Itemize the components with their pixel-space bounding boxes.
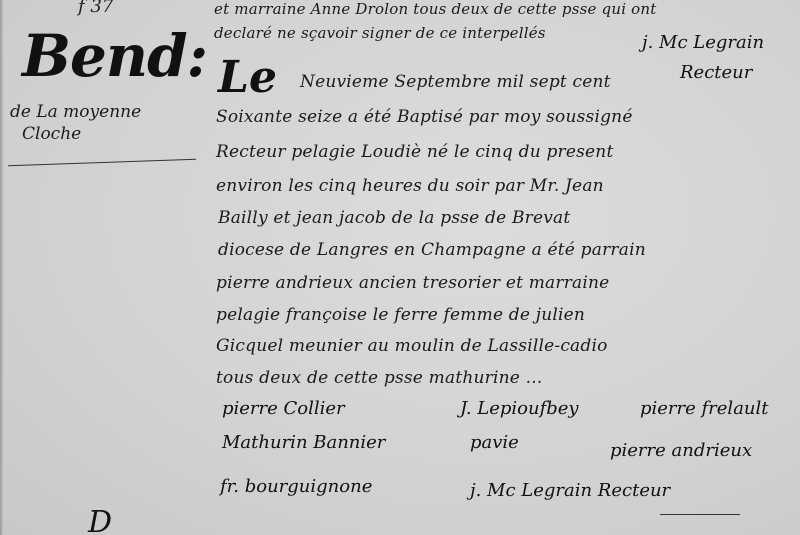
previous-entry-signature: j. Mc Legrain (642, 32, 764, 53)
previous-entry-line-1: et marraine Anne Drolon tous deux de cet… (214, 0, 656, 18)
rector-underline (660, 514, 740, 515)
signature-witness-7: fr. bourguignone (220, 476, 372, 497)
register-page: f 37 Bend: de La moyenne Cloche et marra… (0, 0, 800, 535)
entry-line-3: Recteur pelagie Loudiè né le cinq du pre… (216, 142, 613, 162)
margin-location-line2: Cloche (22, 124, 81, 144)
entry-line-4: environ les cinq heures du soir par Mr. … (216, 176, 604, 196)
next-entry-initial: D (88, 505, 112, 535)
signature-witness-2: J. Lepioufbey (460, 398, 579, 419)
margin-flourish (8, 159, 196, 167)
entry-line-2: Soixante seize a été Baptisé par moy sou… (216, 107, 633, 127)
entry-line-8: pelagie françoise le ferre femme de juli… (216, 305, 585, 325)
entry-line-9: Gicquel meunier au moulin de Lassille-ca… (216, 336, 608, 356)
page-binding-edge (0, 0, 4, 535)
entry-line-6: diocese de Langres en Champagne a été pa… (218, 240, 646, 260)
entry-line-7: pierre andrieux ancien tresorier et marr… (216, 273, 609, 293)
entry-line-5: Bailly et jean jacob de la psse de Breva… (218, 208, 570, 228)
entry-line-1: Neuvieme Septembre mil sept cent (300, 72, 611, 92)
margin-location-line1: de La moyenne (10, 102, 141, 122)
signature-witness-5: pavie (470, 432, 519, 453)
signature-witness-3: pierre frelault (640, 398, 769, 419)
signature-witness-4: Mathurin Bannier (222, 432, 385, 453)
signature-witness-1: pierre Collier (222, 398, 345, 419)
folio-number: f 37 (78, 0, 113, 17)
previous-entry-signature-title: Recteur (680, 62, 752, 83)
margin-entry-type: Bend: (22, 22, 207, 90)
signature-rector: j. Mc Legrain Recteur (470, 480, 670, 501)
previous-entry-line-2: declaré ne sçavoir signer de ce interpel… (214, 24, 546, 42)
entry-opening-word: Le (218, 52, 277, 103)
signature-witness-6: pierre andrieux (610, 440, 752, 461)
entry-line-10: tous deux de cette psse mathurine ... (216, 368, 542, 388)
